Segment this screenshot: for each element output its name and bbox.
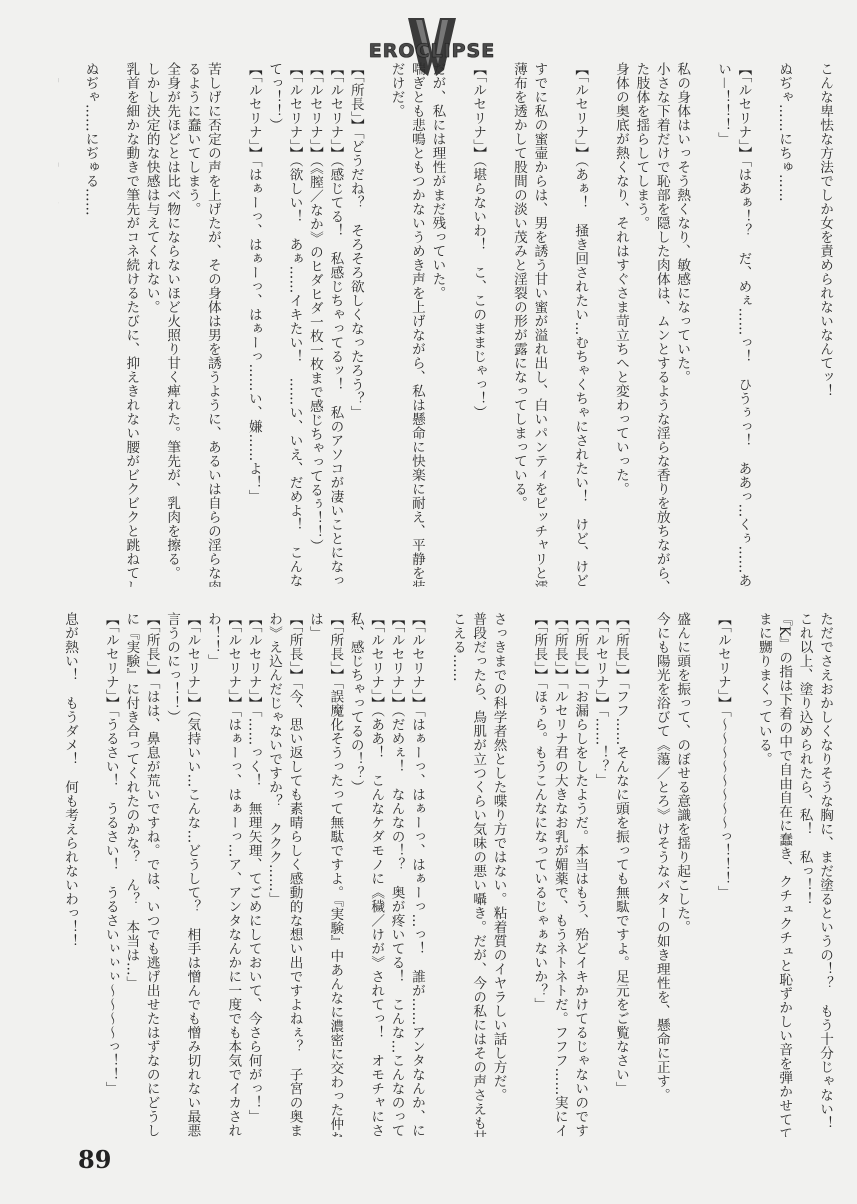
narration-line: ぬぢゃ……にちゅ…… [774, 62, 794, 587]
paragraph-gap [488, 62, 508, 587]
narration-line: 今にも陽光を浴びて《蕩／とろ》けそうなバターの如き理性を、懸命に正す。 [651, 612, 671, 1137]
narration-line: い－！！！」 [713, 62, 733, 587]
narration-line: 苦しげに否定の声を上げたが、その身体は男を誘うように、あるいは自らの淫らな肉体を… [203, 62, 223, 587]
text-tier-bottom: ただでさえおかしくなりそうな胸に、まだ塗るというの！？ もう十分じゃない！これ以… [58, 612, 835, 1137]
paragraph-gap [101, 62, 121, 587]
narration-line: ただでさえおかしくなりそうな胸に、まだ塗るというの！？ もう十分じゃない！ [815, 612, 835, 1137]
dialogue-line: 【「ルセリナ」】「あひぃいいい！」 [58, 62, 60, 587]
dialogue-line: 【「ルセリナ」】「はぁーっ、はぁーっ、はぁーっ…っ！ 誰が……アンタなんか、に…… [407, 612, 427, 1137]
dialogue-line: 【「ルセリナ」】「……っく！ 無理矢理、てごめにしておいて、今さら何がっ！」 [243, 612, 263, 1137]
dialogue-line: 【「所長」】「ほぅら。もうこんなになっているじゃぁないか？」 [529, 612, 549, 1137]
paragraph-gap [692, 612, 712, 1137]
narration-line: すでに私の蜜壷からは、男を誘う甘い蜜が溢れ出し、白いパンティをピッチャリと濡らし… [529, 62, 549, 587]
paragraph-gap [366, 62, 386, 587]
paragraph-gap [590, 62, 610, 587]
narration-line: 盛んに頭を振って、のぼせる意識を揺り起こした。 [672, 612, 692, 1137]
dialogue-line: 【「ルセリナ」】「～～～～～～～～っ！！！」 [713, 612, 733, 1137]
page-number: 89 [78, 1145, 111, 1174]
narration-line: こえる…… [447, 612, 467, 1137]
text-tier-top: こんな卑怯な方法でしか女を責められないなんてッ！ぬぢゃ……にちゅ……【「ルセリナ… [58, 62, 835, 587]
logo-wordmark: EROCLIPSE [352, 40, 512, 62]
narration-line: 小さな下着だけで恥部を隠した肉体は、ムンとするような淫らな香りを放ちながら、妖し… [651, 62, 671, 587]
narration-line: わ》え込んだじゃないですか？ ククク……」 [264, 612, 284, 1137]
dialogue-line: 【「ルセリナ」】（気持いい…こんな…どうして？ 相手は憎んでも憎み切れない最悪最… [182, 612, 202, 1137]
paragraph-gap [447, 62, 467, 587]
narration-line: わ！！」 [202, 612, 222, 1137]
narration-line: 喘ぎとも悲鳴ともつかないうめき声を上げながら、私は懸命に快楽に耐え、平静を装って… [407, 62, 427, 587]
narration-line: しかし決定的な快感は与えてくれない。 [141, 62, 161, 587]
narration-line: 普段だったら、鳥肌が立つくらい気味の悪い囁き。だが、今の私にはその声さえも甘美な… [468, 612, 488, 1137]
narration-line: 全身が先ほどとは比べ物にならないほど火照り甘く痺れた。筆先が、乳肉を擦る。 [162, 62, 182, 587]
narration-line: てっ！！） [264, 62, 284, 587]
paragraph-gap [753, 62, 773, 587]
dialogue-line: 【「所長」】「お漏らしをしたようだ。本当はもう、殆どイキかけてるじゃないのですか… [570, 612, 590, 1137]
paragraph-gap [427, 612, 447, 1137]
dialogue-line: 【「ルセリナ」】「はぁーっ、はぁーっ、はぁーっ……い、嫌……よ！」 [243, 62, 263, 587]
narration-line: は」 [305, 612, 325, 1137]
narration-line: ぬぢゃ……にぢゅる…… [80, 62, 100, 587]
paragraph-gap [549, 62, 569, 587]
narration-line: これ以上、塗り込められたら、私！ 私っ！！ [794, 612, 814, 1137]
narration-line: こんな卑怯な方法でしか女を責められないなんてッ！ [815, 62, 835, 587]
paragraph-gap [733, 612, 753, 1137]
paragraph-gap [223, 62, 243, 587]
narration-line: だが、私には理性がまだ残っていた。 [427, 62, 447, 587]
narration-line: 息が熱い！ もうダメ！ 何も考えられないわっ！！ [60, 612, 80, 1137]
dialogue-line: 【「ルセリナ」】「……！？」 [590, 612, 610, 1137]
dialogue-line: 【「ルセリナ」】「うるさい！ うるさい！ うるさいぃぃぃ～～～～っ！！」 [100, 612, 120, 1137]
dialogue-line: 【「ルセリナ」】「はあぁ！？ だ、めぇ……っ！ ひうぅっ！ ああっ…くぅ……あひ… [733, 62, 753, 587]
dialogue-line: 【「ルセリナ」】（だめぇ！ なんなの！？ 奥が疼いてる！ こんな…こんなのって！… [386, 612, 406, 1137]
narration-line: 『K』の指は下着の中で自由自在に蠢き、クチュクチュと恥ずかしい音を弾かせてて、陰… [774, 612, 794, 1137]
dialogue-line: 【「ルセリナ」】（ああ！ こんなケダモノに《穢／けが》されてっ！ オモチャにされ… [366, 612, 386, 1137]
paragraph-gap [794, 62, 814, 587]
dialogue-line: 【「所長」】「ルセリナ君の大きなお乳が媚薬で、もうネトネトだ。フフフ……実にイイ… [549, 612, 569, 1137]
dialogue-line: 【「所長」】「フフ……そんなに頭を振っても無駄ですよ。足元をご覧なさい」 [611, 612, 631, 1137]
narration-line: さっきまでの科学者然とした喋り方ではない。粘着質のイヤラしい話し方だ。 [488, 612, 508, 1137]
dialogue-line: 【「所長」】「誤魔化そうったって無駄ですよ。『実験』中あんなに濃密に交わった仲な… [325, 612, 345, 1137]
narration-line: 私、感じちゃってるの！？） [345, 612, 365, 1137]
narration-line: た肢体を揺らしてしまう。 [631, 62, 651, 587]
dialogue-line: 【「所長」】「今、思い返しても素晴らしく感動的な想い出ですよねぇ？ 子宮の奥まで… [284, 612, 304, 1137]
paragraph-gap [80, 612, 100, 1137]
narration-line: るように蠢いてしまう。 [182, 62, 202, 587]
narration-line: に『実験』に付き合ってくれたのかな？ ん？ 本当は…」 [121, 612, 141, 1137]
dialogue-line: 【「ルセリナ」】（あぁ！ 掻き回されたい…むちゃくちゃにされたい！ けど、けど…… [570, 62, 590, 587]
dialogue-line: 【「ルセリナ」】（《膣／なか》のヒダヒダ一枚一枚まで感じちゃってるぅ！！） [305, 62, 325, 587]
narration-line: 乳首を細かな動きで筆先がコネ続けるたびに、抑えきれない腰がビクビクと跳ねてしまう… [121, 62, 141, 587]
dialogue-line: 【「ルセリナ」】（感じてる！ 私感じちゃってるッ！ 私のアソコが凄いことになって… [325, 62, 345, 587]
paragraph-gap [631, 612, 651, 1137]
narration-line: だけだ。 [386, 62, 406, 587]
narration-line: 言うのにっ！！） [162, 612, 182, 1137]
narration-line: 私の身体はいっそう熱くなり、敏感になっていた。 [672, 62, 692, 587]
dialogue-line: 【「所長」】「どうだね？ そろそろ欲しくなったろう？」 [345, 62, 365, 587]
narration-line: まに嬲りまくっている。 [753, 612, 773, 1137]
dialogue-line: 【「所長」】「はは、鼻息が荒いですね。では、いつでも逃げ出せたはずなのにどうして… [141, 612, 161, 1137]
narration-line: 薄布を透かして股間の淡い茂みと淫裂の形が露になってしまっている。 [509, 62, 529, 587]
dialogue-line: 【「ルセリナ」】「はぁーっ、はぁーっ…ア、アンタなんかに一度でも本気でイカされた… [223, 612, 243, 1137]
paragraph-gap [692, 62, 712, 587]
paragraph-gap [509, 612, 529, 1137]
dialogue-line: 【「ルセリナ」】（堪らないわ！ こ、このままじゃっ！） [468, 62, 488, 587]
narration-line: 身体の奥底が熱くなり、それはすぐさま苛立ちへと変わっていった。 [611, 62, 631, 587]
dialogue-line: 【「ルセリナ」】（欲しい！ あぁ……イキたい！ ……い、いえ、だめよ！ こんな卑… [284, 62, 304, 587]
paragraph-gap [60, 62, 80, 587]
